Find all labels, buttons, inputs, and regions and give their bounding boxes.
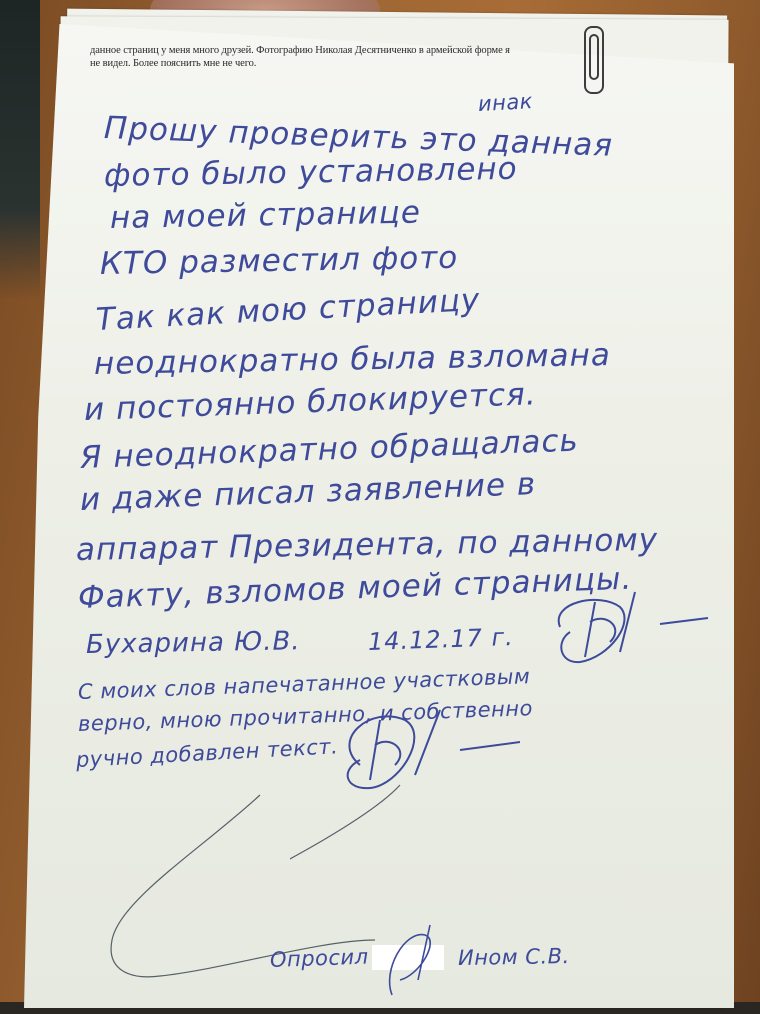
signature-mark-1 xyxy=(540,582,710,672)
handwritten-line: фото было установлено xyxy=(104,151,518,194)
handwritten-line: КТО разместил фото xyxy=(100,240,459,282)
signature-date: 14.12.17 г. xyxy=(368,623,515,656)
paperclip-icon xyxy=(584,26,604,94)
interviewer-label: Опросил xyxy=(270,945,369,972)
interviewer-name: Ином С.В. xyxy=(458,944,570,970)
handwritten-line: на моей странице xyxy=(110,195,422,236)
signer-name: Бухарина Ю.В. xyxy=(86,626,301,660)
handwritten-insertion: инак xyxy=(477,89,533,116)
background-dark-area xyxy=(0,0,40,300)
interviewer-signature xyxy=(380,920,460,1010)
